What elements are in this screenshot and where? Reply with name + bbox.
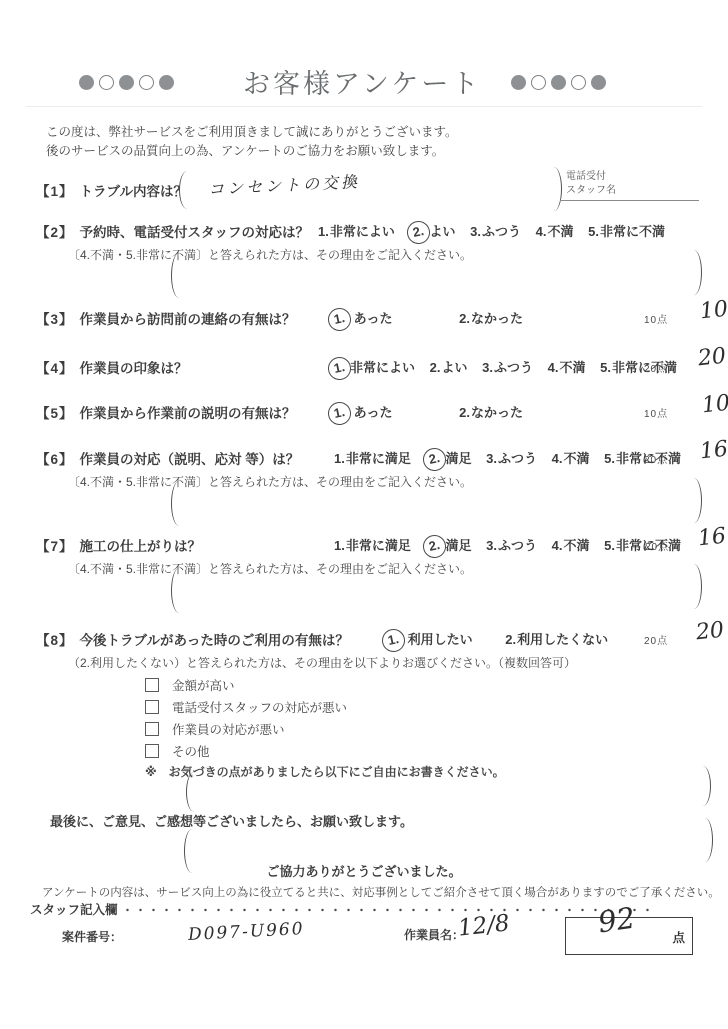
dot-icon: [139, 75, 154, 90]
dot-icon: [159, 75, 174, 90]
question-5-row: 【5】作業員から作業前の説明の有無は？ 1. あった 2.なかった 10点 10: [0, 402, 728, 422]
dot-icon: [79, 75, 94, 90]
dot-icon: [99, 75, 114, 90]
case-number-label: 案件番号：: [62, 928, 122, 945]
question-4-score-label: 20点: [644, 360, 668, 375]
question-8-note: （2.利用したくない）と答えられた方は、その理由を以下よりお選びください。（複数…: [68, 654, 576, 671]
question-8-score-label: 20点: [644, 632, 668, 647]
question-5-label: 【5】作業員から作業前の説明の有無は？: [36, 402, 296, 422]
close-paren: [546, 167, 562, 211]
case-number-handwriting: D097-U960: [188, 919, 305, 945]
dot-icon: [551, 75, 566, 90]
close-paren: [686, 250, 702, 295]
question-6-score-label: 20点: [644, 451, 668, 466]
leader-dots: ・・・・・・・・・・・・・・・・・・・・・・・・・・・・・・・・・・・・・・・・…: [122, 905, 655, 917]
open-paren: [171, 253, 187, 298]
open-paren: [171, 568, 187, 613]
question-7-row: 【7】施工の仕上がりは？ 1.非常に満足 2.満足 3.ふつう 4.不満 5.非…: [0, 535, 728, 555]
header-dots-right: [508, 74, 608, 92]
question-3-label: 【3】作業員から訪問前の連絡の有無は？: [36, 308, 296, 328]
header-dots-left: [76, 74, 176, 92]
close-paren: [697, 818, 713, 862]
phone-staff-name-field: [560, 200, 699, 201]
total-score-unit: 点: [672, 928, 685, 946]
question-3-score-handwriting: 10: [699, 297, 728, 325]
question-6-note: 〔4.不満・5.非常に不満〕と答えられた方は、その理由をご記入ください。: [68, 473, 472, 490]
thanks-message: ご協力ありがとうございました。: [0, 861, 728, 880]
question-8-score-handwriting: 20: [695, 618, 725, 646]
checkbox-icon: [145, 678, 159, 692]
question-4-row: 【4】作業員の印象は？ 1.非常によい 2.よい 3.ふつう 4.不満 5.非常…: [0, 357, 728, 377]
question-7-score-handwriting: 16: [697, 524, 727, 552]
question-2-label: 【2】予約時、電話受付スタッフの対応は？: [36, 221, 309, 241]
selected-circle-mark: 2.: [421, 533, 448, 560]
question-6-options: 1.非常に満足 2.満足 3.ふつう 4.不満 5.非常に不満: [334, 448, 692, 467]
dot-icon: [571, 75, 586, 90]
intro-text: この度は、弊社サービスをご利用頂きまして誠にありがとうございます。 後のサービス…: [46, 123, 458, 161]
checkbox-icon: [145, 700, 159, 714]
question-8-label: 【8】今後トラブルがあった時のご利用の有無は？: [36, 629, 349, 649]
dot-icon: [511, 75, 526, 90]
selected-circle-mark: 2.: [421, 446, 448, 473]
checkbox-row-worker: 作業員の対応が悪い: [145, 720, 285, 738]
question-7-label: 【7】施工の仕上がりは？: [36, 535, 201, 555]
question-2-note: 〔4.不満・5.非常に不満〕と答えられた方は、その理由をご記入ください。: [68, 246, 472, 263]
question-7-options: 1.非常に満足 2.満足 3.ふつう 4.不満 5.非常に不満: [334, 535, 692, 554]
header-divider: [26, 106, 702, 107]
open-paren: [179, 171, 195, 209]
selected-circle-mark: 1.: [380, 627, 407, 654]
checkbox-row-phone-staff: 電話受付スタッフの対応が悪い: [145, 698, 347, 716]
checkbox-icon: [145, 744, 159, 758]
staff-section-header: スタッフ記入欄 ・・・・・・・・・・・・・・・・・・・・・・・・・・・・・・・・…: [30, 900, 655, 919]
question-6-label: 【6】作業員の対応（説明、応対 等）は？: [36, 448, 299, 468]
total-score-handwriting: 92: [596, 901, 637, 940]
question-7-note: 〔4.不満・5.非常に不満〕と答えられた方は、その理由をご記入ください。: [68, 560, 472, 577]
survey-form-page: お客様アンケート この度は、弊社サービスをご利用頂きまして誠にありがとうございま…: [0, 0, 728, 1029]
staff-section-label: スタッフ記入欄: [30, 903, 118, 917]
question-6-row: 【6】作業員の対応（説明、応対 等）は？ 1.非常に満足 2.満足 3.ふつう …: [0, 448, 728, 468]
checkbox-icon: [145, 722, 159, 736]
question-3-row: 【3】作業員から訪問前の連絡の有無は？ 1. あった 2.なかった 10点 10: [0, 308, 728, 328]
checkbox-row-price: 金額が高い: [145, 676, 235, 694]
question-8-options: 1. 利用したい 2.利用したくない: [384, 629, 619, 648]
phone-staff-name-label: 電話受付 スタッフ名: [566, 170, 616, 198]
worker-name-signature: 12/8: [457, 910, 511, 941]
question-5-score-handwriting: 10: [701, 391, 728, 419]
question-3-score-label: 10点: [644, 311, 668, 326]
dot-icon: [531, 75, 546, 90]
question-6-score-handwriting: 16: [699, 437, 728, 465]
selected-circle-mark: 1.: [326, 355, 353, 382]
question-1-label: 【1】トラブル内容は？: [36, 180, 187, 200]
close-paren: [695, 766, 711, 806]
question-5-score-label: 10点: [644, 405, 668, 420]
dot-icon: [119, 75, 134, 90]
worker-name-label: 作業員名：: [404, 926, 464, 943]
selected-circle-mark: 1.: [326, 400, 353, 427]
selected-circle-mark: 1.: [326, 306, 353, 333]
question-2-options: 1.非常によい 2.よい 3.ふつう 4.不満 5.非常に不満: [318, 221, 676, 240]
close-paren: [686, 478, 702, 523]
question-5-options: 1. あった 2.なかった: [330, 402, 534, 421]
question-8-row: 【8】今後トラブルがあった時のご利用の有無は？ 1. 利用したい 2.利用したく…: [0, 629, 728, 649]
trouble-answer-handwriting: コンセントの交換: [208, 169, 361, 200]
page-title: お客様アンケート: [243, 62, 481, 101]
question-4-label: 【4】作業員の印象は？: [36, 357, 188, 377]
selected-circle-mark: 2.: [405, 219, 432, 246]
dot-icon: [591, 75, 606, 90]
question-2-row: 【2】予約時、電話受付スタッフの対応は？ 1.非常によい 2.よい 3.ふつう …: [0, 221, 728, 241]
open-paren: [186, 772, 202, 812]
close-paren: [686, 564, 702, 609]
intro-line-2: 後のサービスの品質向上の為、アンケートのご協力をお願い致します。: [46, 142, 458, 161]
intro-line-1: この度は、弊社サービスをご利用頂きまして誠にありがとうございます。: [46, 123, 458, 142]
final-request-label: 最後に、ご意見、ご感想等ございましたら、お願い致します。: [50, 811, 413, 830]
question-4-score-handwriting: 20: [697, 344, 727, 372]
checkbox-row-other: その他: [145, 742, 210, 760]
question-4-options: 1.非常によい 2.よい 3.ふつう 4.不満 5.非常に不満: [330, 357, 688, 376]
question-3-options: 1. あった 2.なかった: [330, 308, 534, 327]
question-7-score-label: 20点: [645, 538, 669, 553]
open-paren: [171, 481, 187, 526]
disclaimer-text: アンケートの内容は、サービス向上の為に役立てると共に、対応事例としてご紹介させて…: [42, 884, 720, 900]
